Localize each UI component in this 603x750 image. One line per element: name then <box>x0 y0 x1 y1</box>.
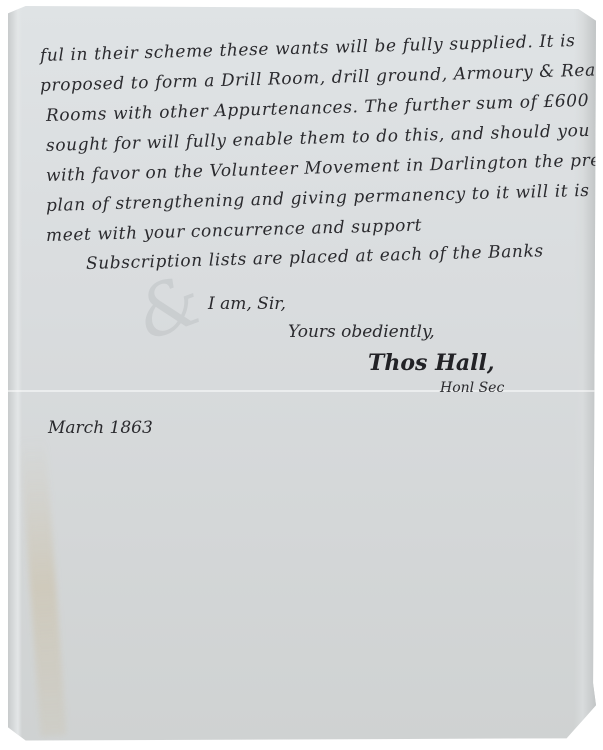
body-line-6: plan of strengthening and giving permane… <box>46 179 603 216</box>
subscription-line: Subscription lists are placed at each of… <box>86 241 544 274</box>
body-line-4: sought for will fully enable them to do … <box>46 120 603 156</box>
left-fold-shadow <box>8 6 22 742</box>
letter-date: March 1863 <box>48 418 153 438</box>
age-stain <box>20 435 67 736</box>
valediction: Yours obediently, <box>288 322 435 342</box>
signer-title: Honl Sec <box>440 380 504 396</box>
body-line-2: proposed to form a Drill Room, drill gro… <box>40 59 603 96</box>
embossed-watermark: & <box>126 258 213 356</box>
body-line-5: with favor on the Volunteer Movement in … <box>46 149 603 186</box>
body-line-1: ful in their scheme these wants will be … <box>40 31 576 66</box>
body-line-3: Rooms with other Appurtenances. The furt… <box>46 90 603 126</box>
right-fold-shadow <box>574 6 596 742</box>
horizontal-crease <box>8 390 596 392</box>
letter-page: & ful in their scheme these wants will b… <box>8 6 596 742</box>
closing: I am, Sir, <box>208 294 286 314</box>
signature: Thos Hall, <box>368 350 495 376</box>
body-line-7: meet with your concurrence and support <box>46 215 423 245</box>
